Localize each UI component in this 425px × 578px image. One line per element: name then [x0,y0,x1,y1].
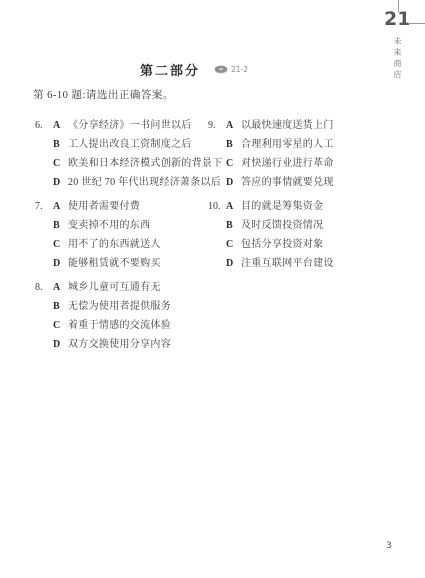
question-number: 7. [35,197,53,216]
option-text: 变卖掉不用的东西 [68,216,150,235]
lesson-title: 未来商店 [392,37,403,81]
option-text: 对快递行业进行革命 [241,154,334,173]
option-row: B 无偿为使用者提供服务 [35,297,205,316]
side-rule [408,23,425,24]
option-row: 8. A 城乡儿童可互通有无 [35,278,205,297]
question-9: 9. A 以最快速度送货上门 B 合理利用零星的人工 C 对快递行业进行革命 D [208,116,400,192]
question-number-spacer [208,216,226,235]
option-row: B 合理利用零星的人工 [208,135,400,154]
audio-track-label: 21-2 [231,65,248,74]
option-letter: A [53,197,68,216]
question-number-spacer [208,254,226,273]
question-number-spacer [35,316,53,335]
audio-disc-icon [214,61,228,79]
option-letter: D [53,335,68,354]
option-letter: C [53,154,68,173]
option-row: C 对快递行业进行革命 [208,154,400,173]
option-letter: C [226,154,241,173]
option-letter: A [226,116,241,135]
option-letter: D [53,173,68,192]
option-row: D 注重互联网平台建设 [208,254,400,273]
option-text: 双方交换使用分享内容 [68,335,171,354]
option-letter: D [53,254,68,273]
audio-reference: 21-2 [214,61,248,79]
question-7: 7. A 使用者需要付费 B 变卖掉不用的东西 C 用不了的东西就送人 D [35,197,205,273]
option-text: 工人提出改良工资制度之后 [68,135,192,154]
option-row: B 及时反馈投资情况 [208,216,400,235]
option-letter: B [53,216,68,235]
option-letter: C [53,316,68,335]
option-row: D 能够租赁就不要购买 [35,254,205,273]
section-title-row: 第二部分 21-2 [0,60,388,79]
questions-column-left: 6. A 《分享经济》一书问世以后 B 工人提出改良工资制度之后 C 欧美和日本… [0,116,205,359]
question-number-spacer [35,154,53,173]
option-text: 能够租赁就不要购买 [68,254,161,273]
question-number: 10. [208,197,226,216]
option-text: 合理利用零星的人工 [241,135,334,154]
questions-column-right: 9. A 以最快速度送货上门 B 合理利用零星的人工 C 对快递行业进行革命 D [205,116,400,359]
option-row: C 着重于情感的交流体验 [35,316,205,335]
option-letter: B [226,135,241,154]
question-6: 6. A 《分享经济》一书问世以后 B 工人提出改良工资制度之后 C 欧美和日本… [35,116,205,192]
option-text: 城乡儿童可互通有无 [68,278,161,297]
option-row: 6. A 《分享经济》一书问世以后 [35,116,205,135]
option-row: 10. A 目的就是筹集资金 [208,197,400,216]
option-letter: B [53,135,68,154]
textbook-page: 21 未来商店 第二部分 21-2 第 6-10 题:请选出正确答案。 6. A [0,0,425,578]
option-text: 包括分享投资对象 [241,235,323,254]
option-letter: A [226,197,241,216]
option-letter: D [226,254,241,273]
question-number-spacer [35,335,53,354]
option-letter: D [226,173,241,192]
option-text: 欧美和日本经济模式创新的背景下 [68,154,223,173]
option-text: 目的就是筹集资金 [241,197,323,216]
option-text: 20 世纪 70 年代出现经济萧条以后 [68,173,221,192]
question-number-spacer [35,254,53,273]
option-row: B 工人提出改良工资制度之后 [35,135,205,154]
option-text: 及时反馈投资情况 [241,216,323,235]
option-text: 《分享经济》一书问世以后 [68,116,192,135]
option-text: 用不了的东西就送人 [68,235,161,254]
option-row: C 欧美和日本经济模式创新的背景下 [35,154,205,173]
question-8: 8. A 城乡儿童可互通有无 B 无偿为使用者提供服务 C 着重于情感的交流体验… [35,278,205,354]
option-row: D 答应的事情就要兑现 [208,173,400,192]
option-letter: A [53,278,68,297]
option-text: 注重互联网平台建设 [241,254,334,273]
option-text: 以最快速度送货上门 [241,116,334,135]
option-letter: B [53,297,68,316]
question-10: 10. A 目的就是筹集资金 B 及时反馈投资情况 C 包括分享投资对象 D [208,197,400,273]
page-number: 3 [386,541,392,551]
question-number-spacer [35,173,53,192]
option-row: B 变卖掉不用的东西 [35,216,205,235]
option-row: 7. A 使用者需要付费 [35,197,205,216]
option-text: 答应的事情就要兑现 [241,173,334,192]
question-number: 6. [35,116,53,135]
lesson-number: 21 [384,10,408,29]
questions-area: 6. A 《分享经济》一书问世以后 B 工人提出改良工资制度之后 C 欧美和日本… [0,116,400,359]
option-text: 无偿为使用者提供服务 [68,297,171,316]
option-letter: A [53,116,68,135]
section-title: 第二部分 [140,60,200,79]
option-row: 9. A 以最快速度送货上门 [208,116,400,135]
question-number-spacer [35,216,53,235]
option-text: 着重于情感的交流体验 [68,316,171,335]
question-number-spacer [208,235,226,254]
question-number: 8. [35,278,53,297]
option-row: D 双方交换使用分享内容 [35,335,205,354]
question-number-spacer [35,235,53,254]
question-number-spacer [35,135,53,154]
question-number-spacer [208,154,226,173]
option-letter: C [226,235,241,254]
option-letter: C [53,235,68,254]
question-number: 9. [208,116,226,135]
option-text: 使用者需要付费 [68,197,140,216]
option-row: C 用不了的东西就送人 [35,235,205,254]
question-number-spacer [208,173,226,192]
option-letter: B [226,216,241,235]
question-number-spacer [35,297,53,316]
option-row: D 20 世纪 70 年代出现经济萧条以后 [35,173,205,192]
option-row: C 包括分享投资对象 [208,235,400,254]
instruction-text: 第 6-10 题:请选出正确答案。 [33,87,174,102]
question-number-spacer [208,135,226,154]
